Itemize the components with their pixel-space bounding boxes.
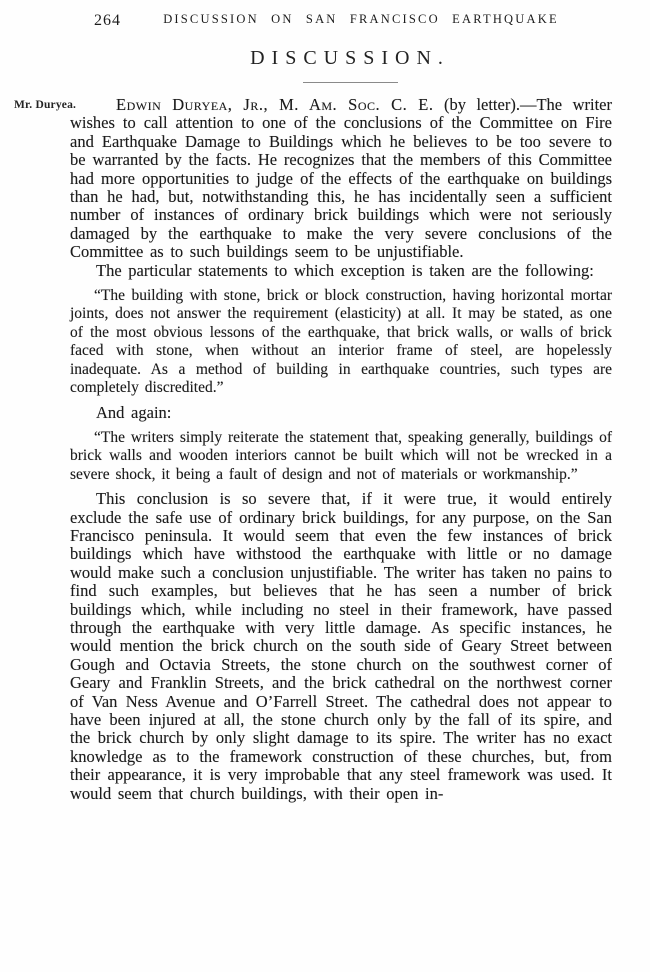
paragraph-opening-text: (by letter).—The writer wishes to call a… [70, 95, 612, 261]
page-number: 264 [94, 12, 121, 30]
paragraph-statements-intro: The particular statements to which excep… [70, 262, 612, 280]
page-header: 264 DISCUSSION ON SAN FRANCISCO EARTHQUA… [70, 12, 612, 32]
section-title: DISCUSSION. [70, 47, 630, 70]
title-divider-rule [303, 82, 398, 83]
paragraph-conclusion: This conclusion is so severe that, if it… [70, 490, 612, 803]
block-quote-committee-1: “The building with stone, brick or block… [70, 287, 612, 397]
paragraph-and-again: And again: [70, 404, 612, 422]
text-column: Edwin Duryea, Jr., M. Am. Soc. C. E. (by… [70, 96, 612, 803]
paragraph-opening: Edwin Duryea, Jr., M. Am. Soc. C. E. (by… [70, 96, 612, 262]
book-page: 264 DISCUSSION ON SAN FRANCISCO EARTHQUA… [0, 0, 650, 972]
speaker-name-smallcaps: Edwin Duryea, Jr., M. Am. Soc. C. E. [116, 95, 433, 114]
block-quote-committee-2: “The writers simply reiterate the statem… [70, 429, 612, 484]
running-head: DISCUSSION ON SAN FRANCISCO EARTHQUAKE [70, 12, 612, 27]
margin-note-speaker: Mr. Duryea. [14, 99, 76, 111]
